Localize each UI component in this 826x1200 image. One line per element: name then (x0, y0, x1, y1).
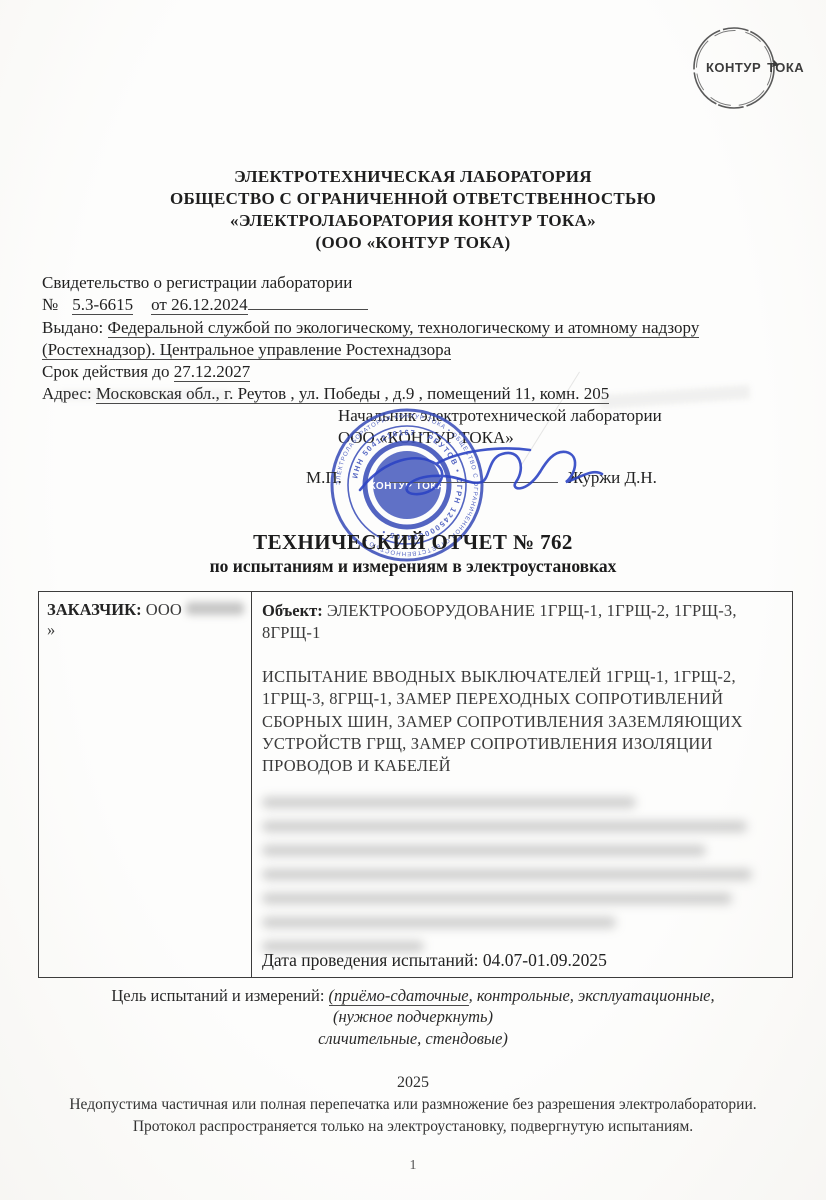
footer-notice-line1: Недопустима частичная или полная перепеч… (0, 1096, 826, 1114)
header-line: ОБЩЕСТВО С ОГРАНИЧЕННОЙ ОТВЕТСТВЕННОСТЬЮ (0, 188, 826, 210)
purpose-note: (нужное подчеркнуть) (0, 1006, 826, 1028)
report-subtitle: по испытаниям и измерениям в электроуста… (0, 556, 826, 577)
registration-number-line: №5.3-6615от 26.12.2024 (42, 294, 792, 316)
issued-line: Выдано: Федеральной службой по экологиче… (42, 317, 792, 339)
object-line: Объект: ЭЛЕКТРООБОРУДОВАНИЕ 1ГРЩ-1, 1ГРЩ… (262, 600, 782, 644)
work-description: ИСПЫТАНИЕ ВВОДНЫХ ВЫКЛЮЧАТЕЛЕЙ 1ГРЩ-1, 1… (262, 666, 782, 777)
header-line: (ООО «КОНТУР ТОКА) (0, 232, 826, 254)
redacted-text-block (262, 797, 767, 952)
page-number: 1 (0, 1158, 826, 1174)
issued-by: Федеральной службой по экологическому, т… (108, 318, 700, 338)
customer-value: ООО (146, 600, 182, 619)
object-cell: Объект: ЭЛЕКТРООБОРУДОВАНИЕ 1ГРЩ-1, 1ГРЩ… (252, 592, 792, 977)
validity-line: Срок действия до 27.12.2027 (42, 361, 792, 383)
header-line: ЭЛЕКТРОТЕХНИЧЕСКАЯ ЛАБОРАТОРИЯ (0, 166, 826, 188)
lab-header: ЭЛЕКТРОТЕХНИЧЕСКАЯ ЛАБОРАТОРИЯ ОБЩЕСТВО … (0, 166, 826, 254)
company-logo: КОНТУРТОКА (682, 18, 814, 118)
customer-cell: ЗАКАЗЧИК: ООО » (39, 592, 252, 977)
report-year: 2025 (0, 1074, 826, 1092)
footer-notice-line2: Протокол распространяется только на элек… (0, 1118, 826, 1136)
registration-title: Свидетельство о регистрации лаборатории (42, 272, 792, 294)
header-line: «ЭЛЕКТРОЛАБОРАТОРИЯ КОНТУР ТОКА» (0, 210, 826, 232)
registration-date: от 26.12.2024 (151, 295, 247, 315)
object-label: Объект: (262, 601, 323, 620)
purpose-block: Цель испытаний и измерений: (приёмо-сдат… (0, 986, 826, 1050)
test-dates: Дата проведения испытаний: 04.07-01.09.2… (262, 950, 607, 971)
redacted-customer-name (186, 602, 244, 615)
logo-text: КОНТУРТОКА (706, 60, 804, 75)
registration-block: Свидетельство о регистрации лаборатории … (42, 272, 792, 406)
valid-until-date: 27.12.2027 (174, 362, 251, 382)
purpose-line1: Цель испытаний и измерений: (приёмо-сдат… (0, 986, 826, 1006)
issued-line2: (Ростехнадзор). Центральное управление Р… (42, 339, 792, 361)
scanned-report-page: КОНТУРТОКА ЭЛЕКТРОТЕХНИЧЕСКАЯ ЛАБОРАТОРИ… (0, 0, 826, 1200)
object-value: ЭЛЕКТРООБОРУДОВАНИЕ 1ГРЩ-1, 1ГРЩ-2, 1ГРЩ… (262, 601, 737, 642)
purpose-line3: сличительные, стендовые) (0, 1028, 826, 1050)
mp-label: М.П. (306, 468, 342, 487)
scan-artifact (60, 390, 230, 400)
purpose-underlined-option: (приёмо-сдаточные (329, 986, 469, 1006)
report-title: ТЕХНИЧЕСКИЙ ОТЧЕТ № 762 (0, 530, 826, 555)
report-info-table: ЗАКАЗЧИК: ООО » Объект: ЭЛЕКТРООБОРУДОВА… (38, 591, 793, 978)
handwritten-signature (340, 438, 650, 518)
customer-label: ЗАКАЗЧИК: (47, 600, 142, 619)
registration-number: 5.3-6615 (72, 295, 133, 315)
